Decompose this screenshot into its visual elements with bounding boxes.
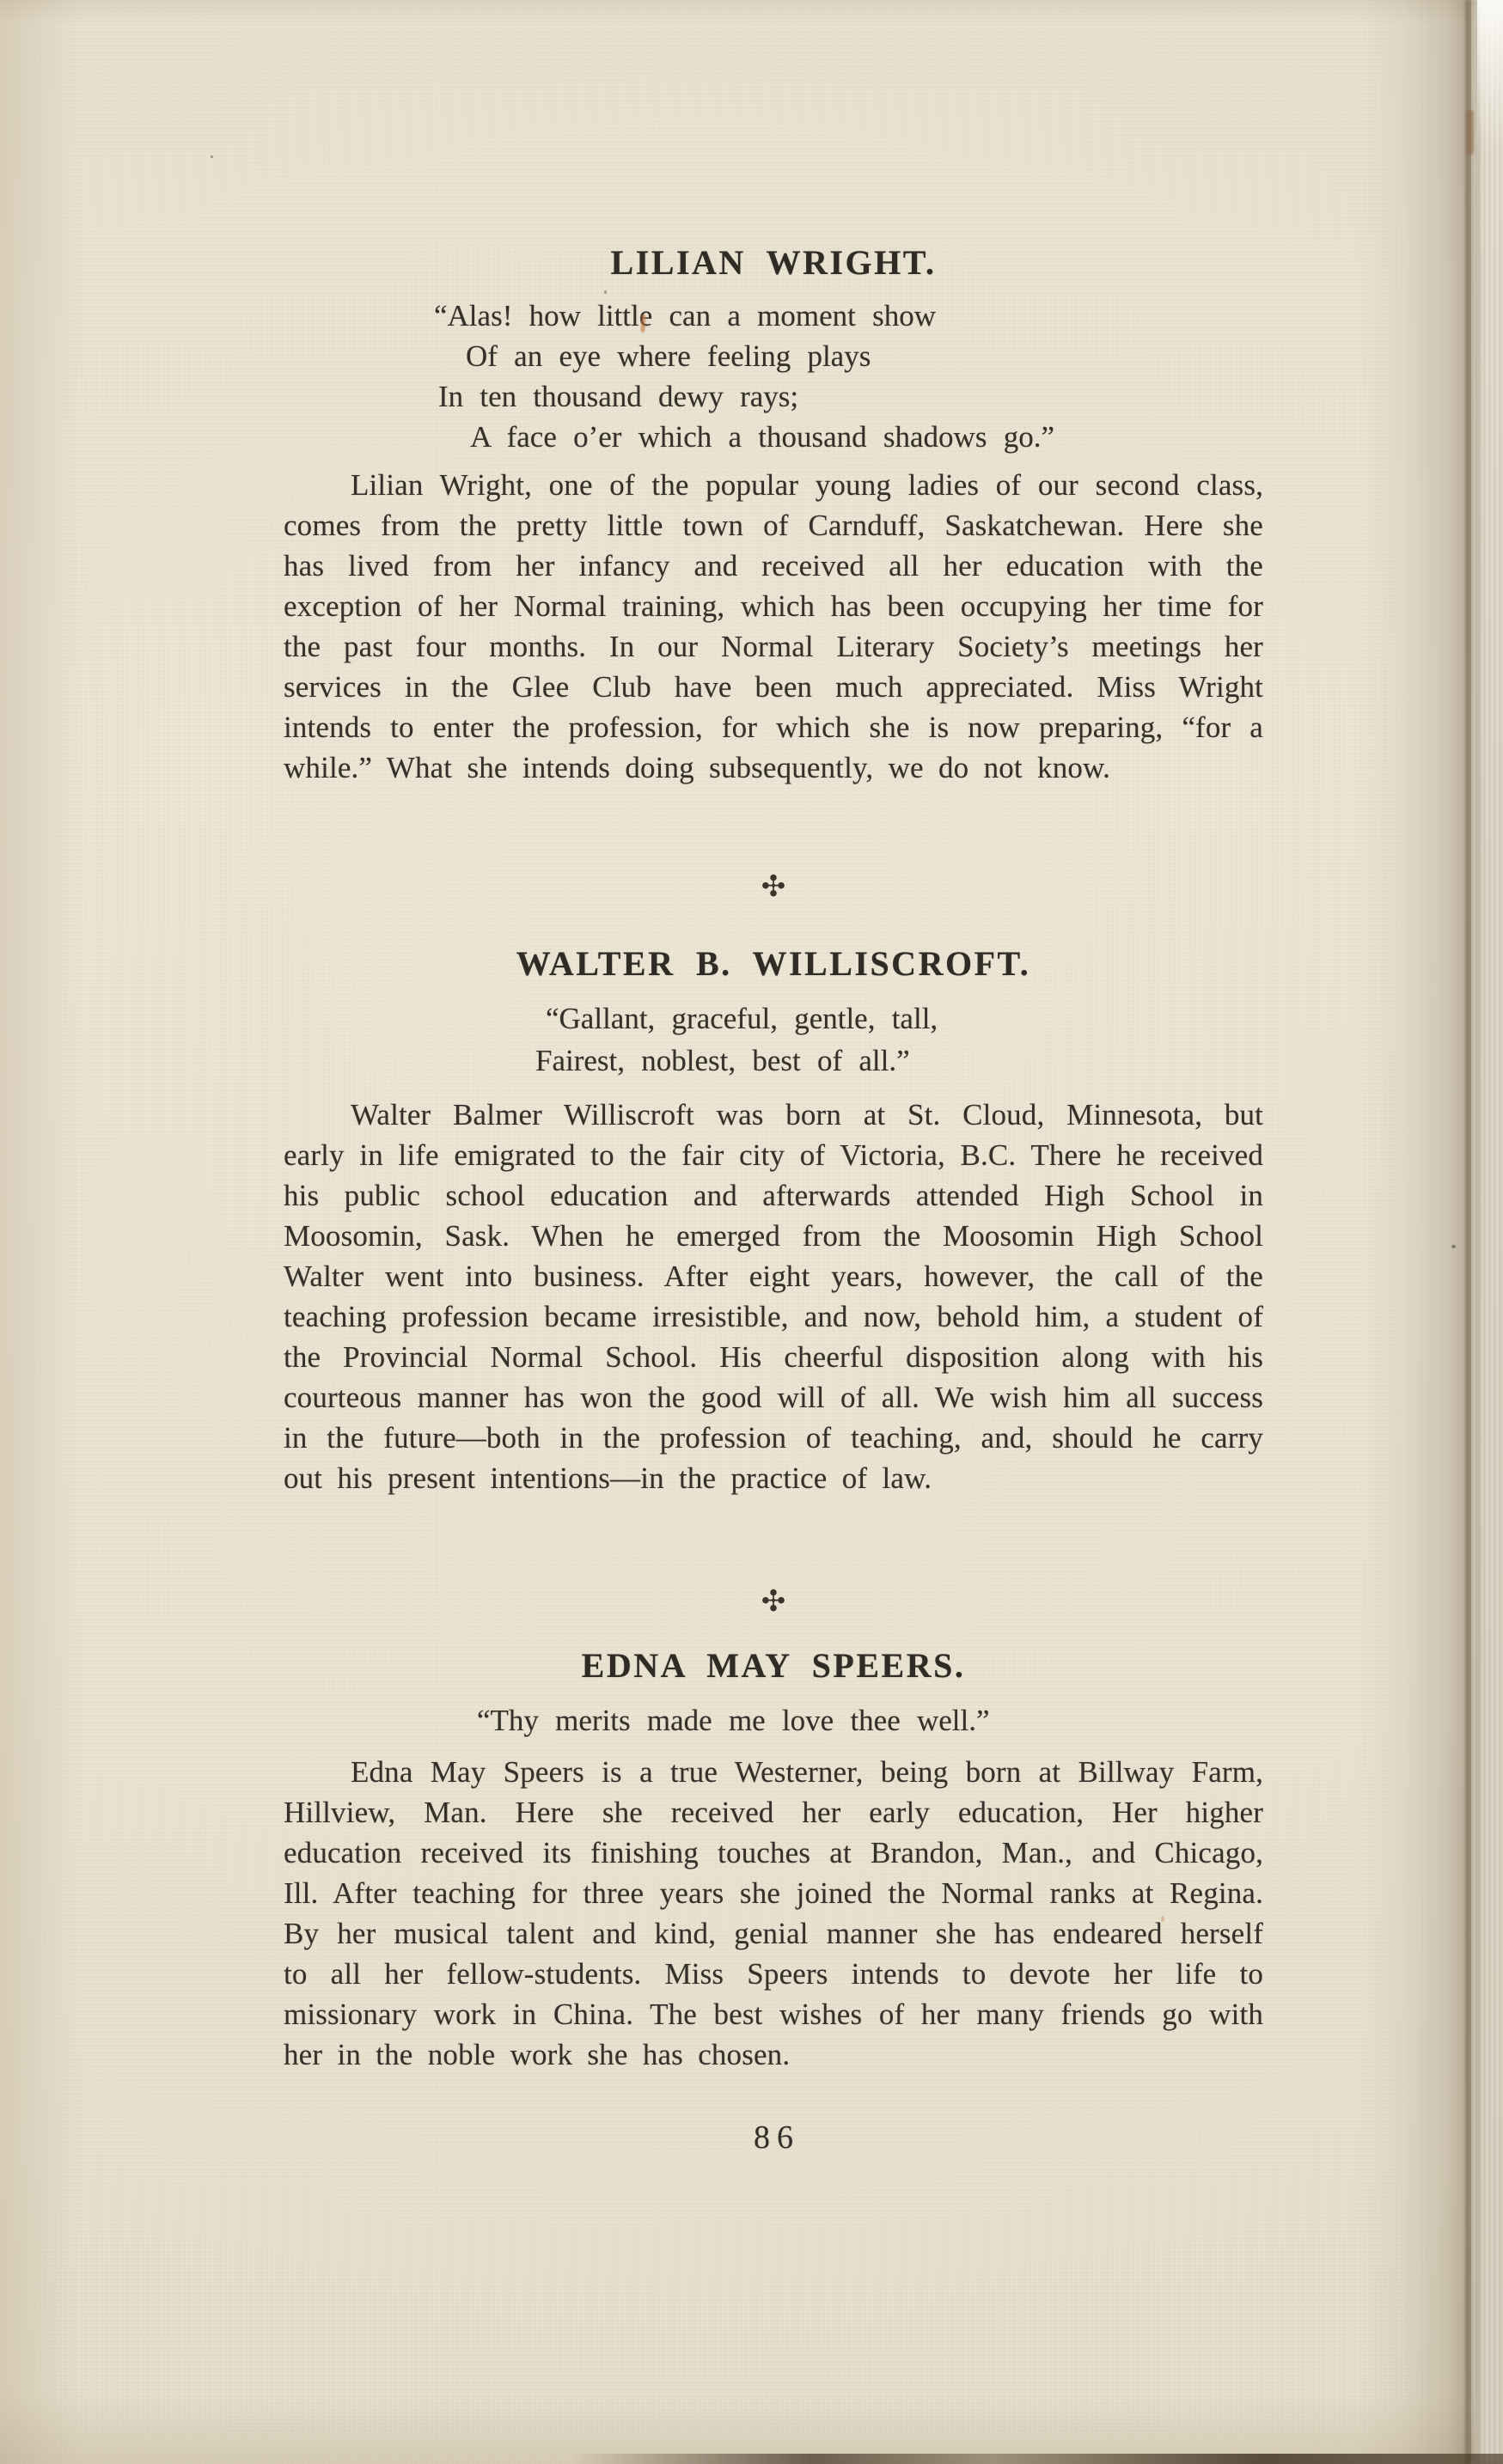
section-heading-lilian-wright: LILIAN WRIGHT. — [284, 244, 1263, 282]
epigraph-line: “Thy merits made me love thee well.” — [284, 1700, 1263, 1741]
section-divider-ornament: ✣ — [284, 1584, 1263, 1619]
epigraph-line: In ten thousand dewy rays; — [284, 376, 1263, 417]
bio-paragraph-lilian-wright: Lilian Wright, one of the popular young … — [284, 465, 1263, 788]
epigraph-edna-speers: “Thy merits made me love thee well.” — [284, 1700, 1263, 1741]
gutter-shadow — [0, 0, 82, 2464]
paper-speck — [1451, 1245, 1456, 1248]
page-edge-highlight — [1477, 0, 1503, 155]
paper-speck — [211, 156, 213, 158]
epigraph-lilian-wright: “Alas! how little can a moment show Of a… — [284, 296, 1263, 457]
section-heading-walter-williscroft: WALTER B. WILLISCROFT. — [284, 945, 1263, 983]
paper-speck — [1161, 1916, 1164, 1922]
crease-fleck — [1466, 110, 1474, 155]
epigraph-line: “Alas! how little can a moment show — [284, 296, 1263, 336]
bio-paragraph-walter-williscroft: Walter Balmer Williscroft was born at St… — [284, 1095, 1263, 1498]
book-page: LILIAN WRIGHT. “Alas! how little can a m… — [0, 0, 1503, 2464]
page-number: 86 — [284, 2119, 1263, 2156]
epigraph-line: Fairest, noblest, best of all.” — [284, 1040, 1263, 1082]
page-curl-shadow — [1359, 0, 1471, 2464]
section-heading-edna-speers: EDNA MAY SPEERS. — [284, 1647, 1263, 1685]
bio-paragraph-edna-speers: Edna May Speers is a true Westerner, bei… — [284, 1752, 1263, 2075]
stacked-page-edges — [1476, 0, 1503, 2464]
section-divider-ornament: ✣ — [284, 869, 1263, 904]
epigraph-walter-williscroft: “Gallant, graceful, gentle, tall, Faires… — [284, 997, 1263, 1082]
epigraph-line: Of an eye where feeling plays — [284, 336, 1263, 376]
epigraph-line: A face o’er which a thousand shadows go.… — [284, 417, 1263, 457]
epigraph-line: “Gallant, graceful, gentle, tall, — [284, 997, 1263, 1040]
page-content: LILIAN WRIGHT. “Alas! how little can a m… — [284, 0, 1263, 2464]
bottom-page-rim — [0, 2454, 1503, 2464]
paper-speck — [604, 290, 607, 294]
